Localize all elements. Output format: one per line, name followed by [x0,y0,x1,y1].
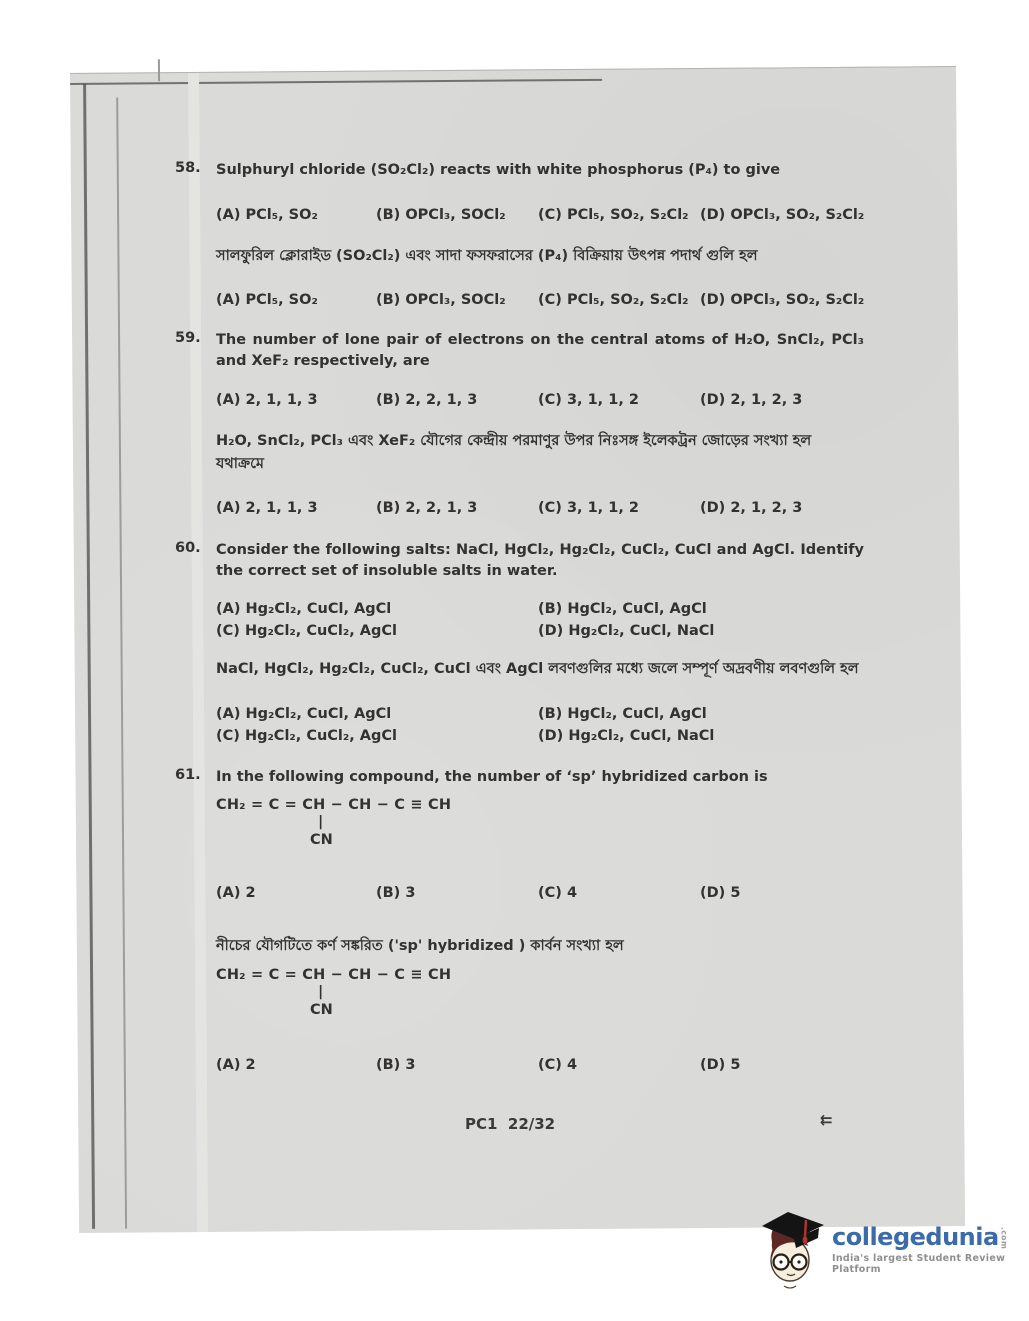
question-61: 61. In the following compound, the numbe… [175,767,937,1075]
formula-main-chain: CH₂ = C = CH − CH − C ≡ CH [216,966,937,984]
question-text-bn: H₂O, SnCl₂, PCl₃ এবং XeF₂ যৌগের কেন্দ্রী… [216,430,864,476]
option-d: (D) OPCl₃, SO₂, S₂Cl₂ [700,290,937,310]
brand-tagline: India's largest Student Review Platform [832,1253,1022,1275]
option-b: (B) HgCl₂, CuCl, AgCl [538,598,937,620]
options-row: (A) PCl₅, SO₂ (B) OPCl₃, SOCl₂ (C) PCl₅,… [216,290,937,310]
brand-name: collegedunia [832,1224,999,1250]
question-text-en: In the following compound, the number of… [216,767,864,788]
question-paper-content: 58. Sulphuryl chloride (SO₂Cl₂) reacts w… [175,160,937,1137]
paired-left-arrows-icon: ⇇ [820,1111,833,1129]
question-text-bn: NaCl, HgCl₂, Hg₂Cl₂, CuCl₂, CuCl এবং AgC… [216,658,937,681]
option-b: (B) HgCl₂, CuCl, AgCl [538,703,937,725]
question-text-bn: সালফুরিল ক্লোরাইড (SO₂Cl₂) এবং সাদা ফসফর… [216,245,937,268]
options-row: (A) 2 (B) 3 (C) 4 (D) 5 [216,1055,937,1075]
option-d: (D) 2, 1, 2, 3 [700,390,937,410]
option-d: (D) Hg₂Cl₂, CuCl, NaCl [538,725,937,747]
question-number: 59. [175,330,216,346]
options-row: (A) 2, 1, 1, 3 (B) 2, 2, 1, 3 (C) 3, 1, … [216,390,937,410]
option-a: (A) PCl₅, SO₂ [216,290,376,310]
option-b: (B) 2, 2, 1, 3 [376,498,538,518]
chemical-structure: CH₂ = C = CH − CH − C ≡ CH | CN [216,966,937,1019]
option-d: (D) OPCl₃, SO₂, S₂Cl₂ [700,205,937,225]
option-b: (B) 3 [376,883,538,903]
question-60: 60. Consider the following salts: NaCl, … [175,540,937,747]
graduate-mascot-icon [760,1210,832,1300]
option-c: (C) Hg₂Cl₂, CuCl₂, AgCl [216,620,538,642]
option-b: (B) 3 [376,1055,538,1075]
option-c: (C) 3, 1, 1, 2 [538,390,700,410]
option-a: (A) 2, 1, 1, 3 [216,498,376,518]
logo-text-block: collegedunia .com India's largest Studen… [832,1210,1022,1275]
scan-corner-tick [158,59,160,81]
option-b: (B) OPCl₃, SOCl₂ [376,290,538,310]
options-grid: (A) Hg₂Cl₂, CuCl, AgCl (B) HgCl₂, CuCl, … [216,598,937,642]
option-d: (D) 2, 1, 2, 3 [700,498,937,518]
option-c: (C) PCl₅, SO₂, S₂Cl₂ [538,205,700,225]
option-a: (A) 2, 1, 1, 3 [216,390,376,410]
option-a: (A) PCl₅, SO₂ [216,205,376,225]
question-text-en: Consider the following salts: NaCl, HgCl… [216,540,864,582]
question-number: 60. [175,540,216,556]
chemical-structure: CH₂ = C = CH − CH − C ≡ CH | CN [216,796,937,849]
options-row: (A) PCl₅, SO₂ (B) OPCl₃, SOCl₂ (C) PCl₅,… [216,205,937,225]
option-c: (C) PCl₅, SO₂, S₂Cl₂ [538,290,700,310]
formula-cn-group: CN [310,831,937,849]
collegedunia-logo: collegedunia .com India's largest Studen… [760,1210,1022,1300]
binding-edge-line [116,98,127,1229]
option-b: (B) 2, 2, 1, 3 [376,390,538,410]
option-c: (C) 4 [538,883,700,903]
formula-cn-group: CN [310,1001,937,1019]
brand-tld: .com [1000,1227,1009,1249]
page-footer: PC1 22/32 ⇇ [175,1115,937,1137]
option-c: (C) 3, 1, 1, 2 [538,498,700,518]
formula-main-chain: CH₂ = C = CH − CH − C ≡ CH [216,796,937,814]
option-d: (D) Hg₂Cl₂, CuCl, NaCl [538,620,937,642]
question-number: 61. [175,767,216,783]
formula-single-bond: | [318,984,937,1001]
scan-edge-line [70,79,602,85]
question-text-en: Sulphuryl chloride (SO₂Cl₂) reacts with … [216,160,864,181]
options-grid: (A) Hg₂Cl₂, CuCl, AgCl (B) HgCl₂, CuCl, … [216,703,937,747]
options-row: (A) 2 (B) 3 (C) 4 (D) 5 [216,883,937,903]
question-59: 59. The number of lone pair of electrons… [175,330,937,518]
options-row: (A) 2, 1, 1, 3 (B) 2, 2, 1, 3 (C) 3, 1, … [216,498,937,518]
option-a: (A) Hg₂Cl₂, CuCl, AgCl [216,598,538,620]
question-number: 58. [175,160,216,176]
option-a: (A) 2 [216,883,376,903]
question-text-bn: নীচের যৌগটিতে কর্ণ সঙ্করিত ('sp' hybridi… [216,935,937,958]
question-text-en: The number of lone pair of electrons on … [216,330,864,372]
option-a: (A) Hg₂Cl₂, CuCl, AgCl [216,703,538,725]
binding-edge-line [83,84,95,1229]
page-code: PC1 22/32 [465,1115,555,1133]
option-d: (D) 5 [700,883,937,903]
option-c: (C) Hg₂Cl₂, CuCl₂, AgCl [216,725,538,747]
formula-single-bond: | [318,814,937,831]
option-d: (D) 5 [700,1055,937,1075]
option-c: (C) 4 [538,1055,700,1075]
option-b: (B) OPCl₃, SOCl₂ [376,205,538,225]
question-58: 58. Sulphuryl chloride (SO₂Cl₂) reacts w… [175,160,937,310]
option-a: (A) 2 [216,1055,376,1075]
